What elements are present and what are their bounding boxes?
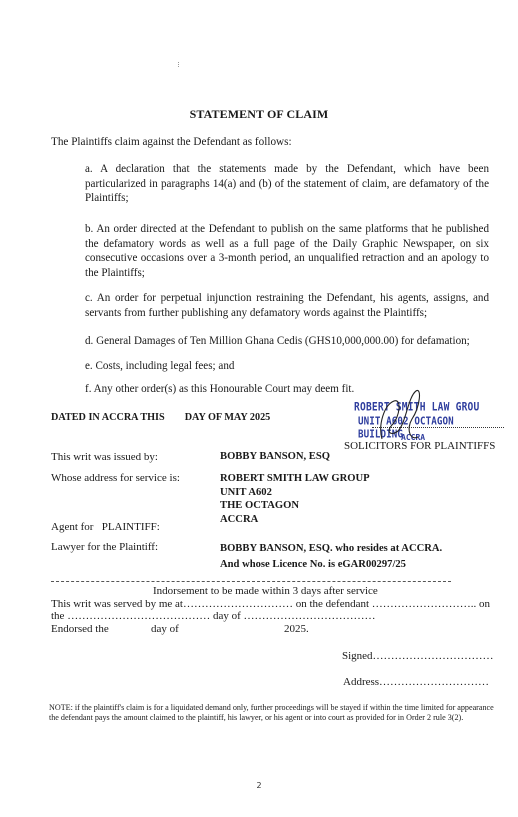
issued-by-value: BOBBY BANSON, ESQ (220, 451, 330, 462)
served-line1: This writ was served by me at………………………… … (51, 598, 490, 610)
separator-line (51, 581, 451, 582)
claim-item-d: d. General Damages of Ten Million Ghana … (85, 334, 489, 349)
endorsed-year: 2025. (284, 623, 309, 635)
address-line: UNIT A602 (220, 486, 370, 500)
scan-speck (178, 62, 180, 67)
claim-item-a: a. A declaration that the statements mad… (85, 162, 489, 206)
claim-intro: The Plaintiffs claim against the Defenda… (51, 136, 292, 148)
address-line: THE OCTAGON (220, 499, 370, 513)
issued-by-label: This writ was issued by: (51, 451, 158, 463)
document-title: STATEMENT OF CLAIM (0, 107, 518, 122)
signature-icon (374, 387, 434, 447)
indorsement-heading: Indorsement to be made within 3 days aft… (153, 585, 378, 597)
address-label: Whose address for service is: (51, 472, 180, 484)
lawyer-label: Lawyer for the Plaintiff: (51, 541, 158, 553)
legal-note: NOTE: if the plaintiff's claim is for a … (49, 703, 494, 724)
address-sign-line: Address………………………… (343, 676, 489, 688)
agent-label: Agent for PLAINTIFF: (51, 521, 160, 533)
endorsed-line: Endorsed the day of 2025. (51, 623, 109, 635)
address-block: ROBERT SMITH LAW GROUP UNIT A602 THE OCT… (220, 472, 370, 526)
address-line: ACCRA (220, 513, 370, 527)
served-line2: the ………………………………… day of ……………………………… (51, 610, 375, 622)
solicitors-label: SOLICITORS FOR PLAINTIFFS (344, 440, 495, 452)
page-number: 2 (0, 781, 518, 790)
endorsed-label: Endorsed the (51, 623, 109, 635)
lawyer-line1: BOBBY BANSON, ESQ. who resides at ACCRA. (220, 543, 442, 554)
claim-item-c: c. An order for perpetual injunction res… (85, 291, 489, 320)
claim-item-e: e. Costs, including legal fees; and (85, 359, 489, 374)
signed-line: Signed…………………………… (342, 650, 494, 662)
dated-line: DATED IN ACCRA THISDAY OF MAY 2025 (51, 412, 270, 423)
endorsed-dayof: day of (151, 623, 179, 635)
dated-part1: DATED IN ACCRA THIS (51, 412, 165, 423)
lawyer-line2: And whose Licence No. is eGAR00297/25 (220, 559, 406, 570)
address-line: ROBERT SMITH LAW GROUP (220, 472, 370, 486)
claim-item-b: b. An order directed at the Defendant to… (85, 222, 489, 280)
dated-part2: DAY OF MAY 2025 (185, 412, 271, 423)
